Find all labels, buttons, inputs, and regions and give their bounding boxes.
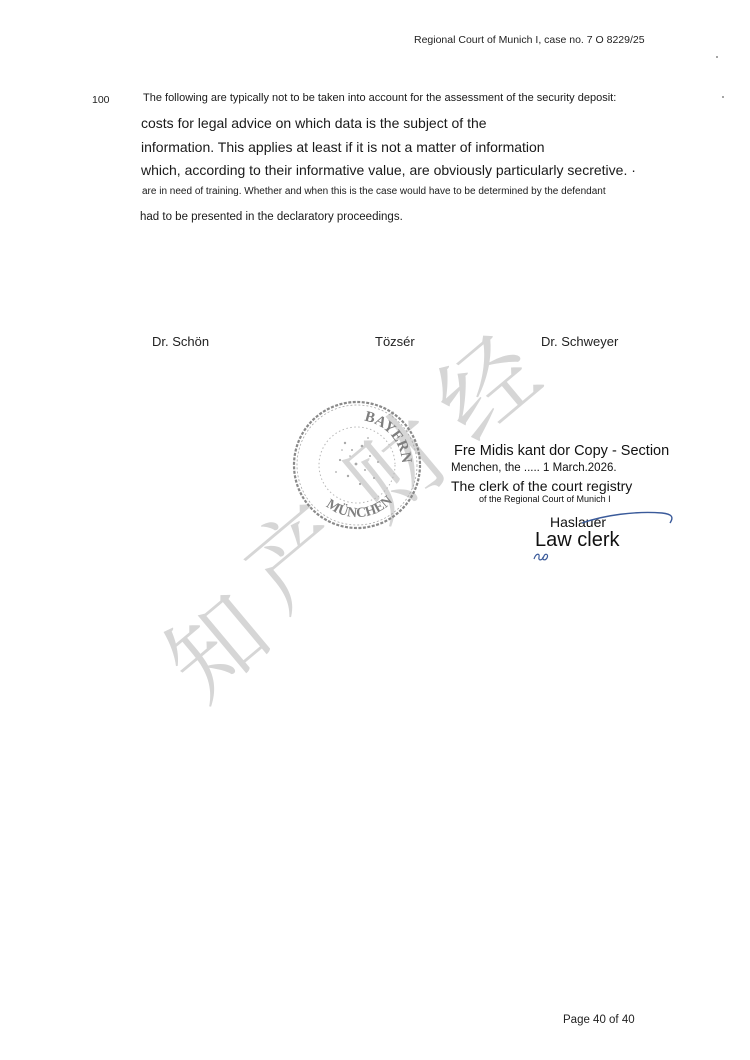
page-number: Page 40 of 40 <box>563 1014 635 1026</box>
certification-title: Fre Midis kant dor Copy - Section <box>454 443 669 459</box>
judge-signature-name: Tözsér <box>375 334 415 349</box>
scan-speck <box>716 56 718 58</box>
body-line: which, according to their informative va… <box>141 162 636 178</box>
body-line: costs for legal advice on which data is … <box>141 115 487 131</box>
initials-mark-icon <box>532 551 552 563</box>
svg-text:MÜNCHEN: MÜNCHEN <box>323 493 395 521</box>
scan-speck <box>722 96 724 98</box>
certification-court: of the Regional Court of Munich I <box>479 494 611 504</box>
body-line: had to be presented in the declaratory p… <box>140 211 403 223</box>
certification-role: The clerk of the court registry <box>451 478 632 494</box>
clerk-position: Law clerk <box>535 529 619 552</box>
body-line: are in need of training. Whether and whe… <box>142 186 606 197</box>
body-line: information. This applies at least if it… <box>141 139 545 155</box>
clerk-name: Haslauer <box>550 514 606 530</box>
case-reference-header: Regional Court of Munich I, case no. 7 O… <box>414 34 645 46</box>
watermark-char-1: 知 <box>150 580 285 715</box>
watermark-char-4: 经 <box>420 320 555 455</box>
certification-place-date: Menchen, the ..... 1 March.2026. <box>451 462 617 474</box>
judge-signature-name: Dr. Schweyer <box>541 334 618 349</box>
judge-signature-name: Dr. Schön <box>152 334 209 349</box>
court-seal-icon: BAYERN MÜNCHEN <box>290 398 424 532</box>
paragraph-number: 100 <box>92 94 110 106</box>
body-line: The following are typically not to be ta… <box>143 92 616 104</box>
